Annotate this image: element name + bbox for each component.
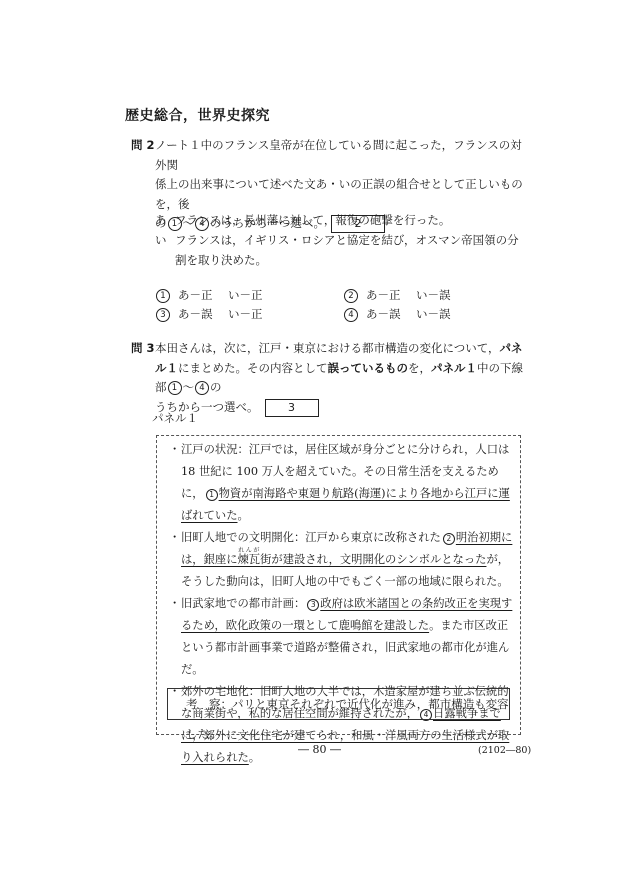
circled-number: 1 <box>168 381 182 395</box>
text: 街が建設され，文明開化のシンボルとなった <box>260 553 486 566</box>
exam-page: 歴史総合，世界史探究 問 2 ノート１中のフランス皇帝が在位している間に起こった… <box>0 0 620 876</box>
circled-number: 1 <box>206 489 218 501</box>
panel-reference: パネル１ <box>431 361 477 375</box>
ruby-word: 煉瓦れんが <box>238 553 261 566</box>
panel-1: ・ 江戸の状況：江戸では，居住区域が身分ごとに分けられ，人口は 18 世紀に 1… <box>156 435 521 735</box>
choice-i: い－誤 <box>416 288 451 302</box>
choice-a: あ－正 <box>366 285 416 306</box>
panel-item-townspeople: ・ 旧町人地での文明開化：江戸から東京に改称された2明治初期には，銀座に煉瓦れん… <box>167 527 515 593</box>
item-heading: 江戸の状況： <box>181 443 249 456</box>
panel-item-edo: ・ 江戸の状況：江戸では，居住区域が身分ごとに分けられ，人口は 18 世紀に 1… <box>167 439 515 527</box>
page-code: (2102―80) <box>478 745 531 756</box>
panel-item-samurai: ・ 旧武家地での都市計画：3政府は欧米諸国との条約改正を実現するため，欧化政策の… <box>167 593 515 681</box>
statement-text: フランスは，イギリス・ロシアと協定を結び，オスマン帝国領の分割を取り決めた。 <box>175 233 519 267</box>
choice-a: あ－誤 <box>178 304 228 325</box>
question-text-line: 係上の出来事について述べた文あ・いの正誤の組合せとして正しいものを，後 <box>155 175 526 214</box>
circled-number: 2 <box>443 533 455 545</box>
emphasis-text: 誤っているもの <box>328 361 409 375</box>
circled-number: 4 <box>195 381 209 395</box>
text: 。 <box>238 509 249 522</box>
question-number: 問 3 <box>131 339 155 359</box>
bullet-icon: ・ <box>169 527 180 549</box>
underlined-text[interactable]: 物資が南海路や東廻り航路(海運)により各地から江戸に運ばれていた <box>181 487 510 522</box>
page-number: ― 80 ― <box>298 743 341 756</box>
choice-i: い－正 <box>228 288 263 302</box>
choice-3[interactable]: 3あ－誤い－正 <box>155 304 263 325</box>
circled-number: 2 <box>344 289 358 303</box>
panel-label: パネル１ <box>152 410 198 426</box>
bullet-icon: ・ <box>169 439 180 461</box>
choice-a: あ－誤 <box>366 304 416 325</box>
text: にまとめた。その内容として <box>178 361 328 375</box>
item-heading: 旧町人地での文明開化： <box>181 531 305 544</box>
choice-a: あ－正 <box>178 285 228 306</box>
text: 。 <box>249 751 260 764</box>
item-heading: 旧武家地での都市計画： <box>181 597 305 610</box>
ruby-reading: れんが <box>238 547 261 554</box>
question-number: 問 2 <box>131 136 155 156</box>
question-text-line: ノート１中のフランス皇帝が在位している間に起こった，フランスの対外関 <box>155 136 526 175</box>
text: の <box>210 380 222 394</box>
question-3: 問 3 本田さんは，次に，江戸・東京における都市構造の変化について，パネル１にま… <box>131 339 526 417</box>
statement-a: あ フランスは，長州藩に対して，報復の砲撃を行った。 <box>155 210 525 230</box>
text: ～ <box>183 380 195 394</box>
circled-number: 3 <box>307 599 319 611</box>
text: を， <box>408 361 431 375</box>
bullet-icon: ・ <box>169 593 180 615</box>
statements: あ フランスは，長州藩に対して，報復の砲撃を行った。 い フランスは，イギリス・… <box>155 210 525 270</box>
text: 江戸から東京に改称された <box>305 531 441 544</box>
choice-1[interactable]: 1あ－正い－正 <box>155 285 263 306</box>
text: 本田さんは，次に，江戸・東京における都市構造の変化について， <box>155 341 500 355</box>
circled-number: 4 <box>344 308 358 322</box>
choice-i: い－誤 <box>416 307 451 321</box>
statement-label: い <box>155 230 167 250</box>
ruby-base: 煉瓦 <box>238 553 261 566</box>
answer-box[interactable]: 3 <box>265 399 319 417</box>
choice-i: い－正 <box>228 307 263 321</box>
circled-number: 3 <box>156 308 170 322</box>
section-header: 歴史総合，世界史探究 <box>125 105 270 125</box>
circled-number: 1 <box>156 289 170 303</box>
statement-i: い フランスは，イギリス・ロシアと協定を結び，オスマン帝国領の分割を取り決めた。 <box>155 230 525 270</box>
statement-text: フランスは，長州藩に対して，報復の砲撃を行った。 <box>175 213 450 227</box>
conclusion-box: 考 察：パリと東京それぞれで近代化が進み，都市構造も変容した。 <box>167 688 510 720</box>
choice-4[interactable]: 4あ－誤い－誤 <box>343 304 451 325</box>
choice-2[interactable]: 2あ－正い－誤 <box>343 285 451 306</box>
statement-label: あ <box>155 210 167 230</box>
conclusion-label: 考 察： <box>186 697 232 711</box>
